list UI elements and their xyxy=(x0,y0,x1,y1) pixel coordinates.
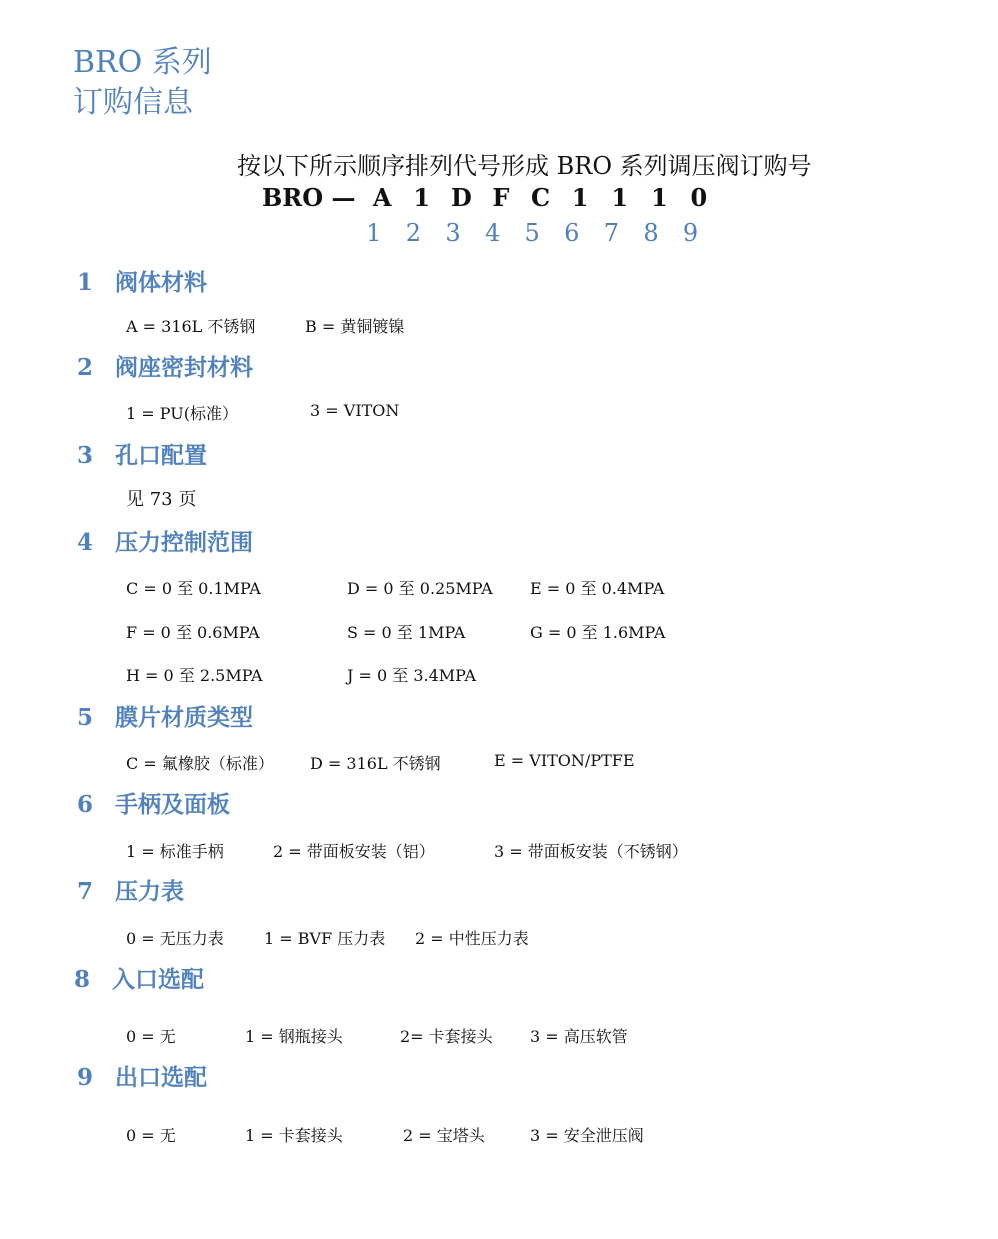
section-title: 膜片材质类型 xyxy=(115,704,253,731)
section-heading-pressure-gauge: 7压力表 xyxy=(77,873,184,906)
option: G = 0 至 1.6MPA xyxy=(530,620,665,643)
section-heading-body-material: 1阀体材料 xyxy=(77,264,207,297)
section-number: 8 xyxy=(74,966,112,993)
section-number: 1 xyxy=(77,269,115,296)
section-title: 孔口配置 xyxy=(115,442,207,469)
position-index: 7 xyxy=(592,219,632,247)
order-code-char: 1 xyxy=(402,183,442,212)
order-code-char: A xyxy=(362,183,402,212)
option: C = 氟橡胶（标准） xyxy=(126,751,274,774)
option: 0 = 无 xyxy=(126,1123,176,1146)
section-heading-handle-and-panel: 6手柄及面板 xyxy=(77,786,230,819)
option: 1 = PU(标准） xyxy=(126,401,238,424)
section-number: 3 xyxy=(77,442,115,469)
position-index: 4 xyxy=(473,219,513,247)
option: E = 0 至 0.4MPA xyxy=(530,576,664,599)
option: 2 = 中性压力表 xyxy=(415,926,529,949)
option: D = 0 至 0.25MPA xyxy=(347,576,493,599)
position-index: 2 xyxy=(394,219,434,247)
section-title: 阀体材料 xyxy=(115,269,207,296)
section-heading-seat-seal-material: 2阀座密封材料 xyxy=(77,349,253,382)
order-code-char: C xyxy=(521,183,561,212)
option: 3 = 带面板安装（不锈钢） xyxy=(494,839,688,862)
section-number: 5 xyxy=(77,704,115,731)
option: 3 = 安全泄压阀 xyxy=(530,1123,644,1146)
section-number: 4 xyxy=(77,529,115,556)
section-number: 6 xyxy=(77,791,115,818)
option: H = 0 至 2.5MPA xyxy=(126,663,263,686)
section-number: 7 xyxy=(77,878,115,905)
option: 1 = BVF 压力表 xyxy=(264,926,385,949)
position-index: 6 xyxy=(552,219,592,247)
option: 3 = 高压软管 xyxy=(530,1024,628,1047)
order-code-char: 1 xyxy=(600,183,640,212)
section-title: 阀座密封材料 xyxy=(115,354,253,381)
order-code-char: F xyxy=(481,183,521,212)
option: 2 = 带面板安装（铝） xyxy=(273,839,435,862)
option: B = 黄铜镀镍 xyxy=(305,314,404,337)
option: 0 = 无压力表 xyxy=(126,926,224,949)
section-heading-diaphragm-material: 5膜片材质类型 xyxy=(77,699,253,732)
section-title: 手柄及面板 xyxy=(115,791,230,818)
section-heading-outlet-options: 9出口选配 xyxy=(77,1059,207,1092)
order-code-prefix: BRO — xyxy=(262,183,354,212)
order-code-char: 1 xyxy=(640,183,680,212)
series-title: BRO 系列 xyxy=(73,46,212,80)
position-index: 8 xyxy=(631,219,671,247)
option: E = VITON/PTFE xyxy=(494,751,635,770)
position-index: 3 xyxy=(433,219,473,247)
option: S = 0 至 1MPA xyxy=(347,620,465,643)
section-heading-port-configuration: 3孔口配置 xyxy=(77,437,207,470)
section-number: 9 xyxy=(77,1064,115,1091)
option: F = 0 至 0.6MPA xyxy=(126,620,260,643)
option: 1 = 卡套接头 xyxy=(245,1123,343,1146)
option: 1 = 钢瓶接头 xyxy=(245,1024,343,1047)
order-code-char: 1 xyxy=(560,183,600,212)
position-index: 5 xyxy=(512,219,552,247)
position-index: 9 xyxy=(671,219,711,247)
section-heading-pressure-range: 4压力控制范围 xyxy=(77,524,253,557)
section-title: 入口选配 xyxy=(112,966,204,993)
option: C = 0 至 0.1MPA xyxy=(126,576,261,599)
order-code-positions: 123456789 xyxy=(354,219,710,247)
order-code-example: BRO — A1DFC1110 xyxy=(262,183,719,212)
ordering-info-title: 订购信息 xyxy=(73,86,193,120)
option: A = 316L 不锈钢 xyxy=(126,314,255,337)
section-number: 2 xyxy=(77,354,115,381)
section-title: 压力表 xyxy=(115,878,184,905)
option: 2 = 宝塔头 xyxy=(403,1123,485,1146)
intro-text: 按以下所示顺序排列代号形成 BRO 系列调压阀订购号 xyxy=(237,146,812,181)
option: 2= 卡套接头 xyxy=(400,1024,493,1047)
option: J = 0 至 3.4MPA xyxy=(347,663,476,686)
option: 3 = VITON xyxy=(310,401,399,420)
position-index: 1 xyxy=(354,219,394,247)
option: 见 73 页 xyxy=(126,485,196,511)
option: D = 316L 不锈钢 xyxy=(310,751,441,774)
section-title: 出口选配 xyxy=(115,1064,207,1091)
section-heading-inlet-options: 8入口选配 xyxy=(74,961,204,994)
order-code-char: 0 xyxy=(679,183,719,212)
order-code-char: D xyxy=(442,183,482,212)
option: 1 = 标准手柄 xyxy=(126,839,224,862)
option: 0 = 无 xyxy=(126,1024,176,1047)
section-title: 压力控制范围 xyxy=(115,529,253,556)
